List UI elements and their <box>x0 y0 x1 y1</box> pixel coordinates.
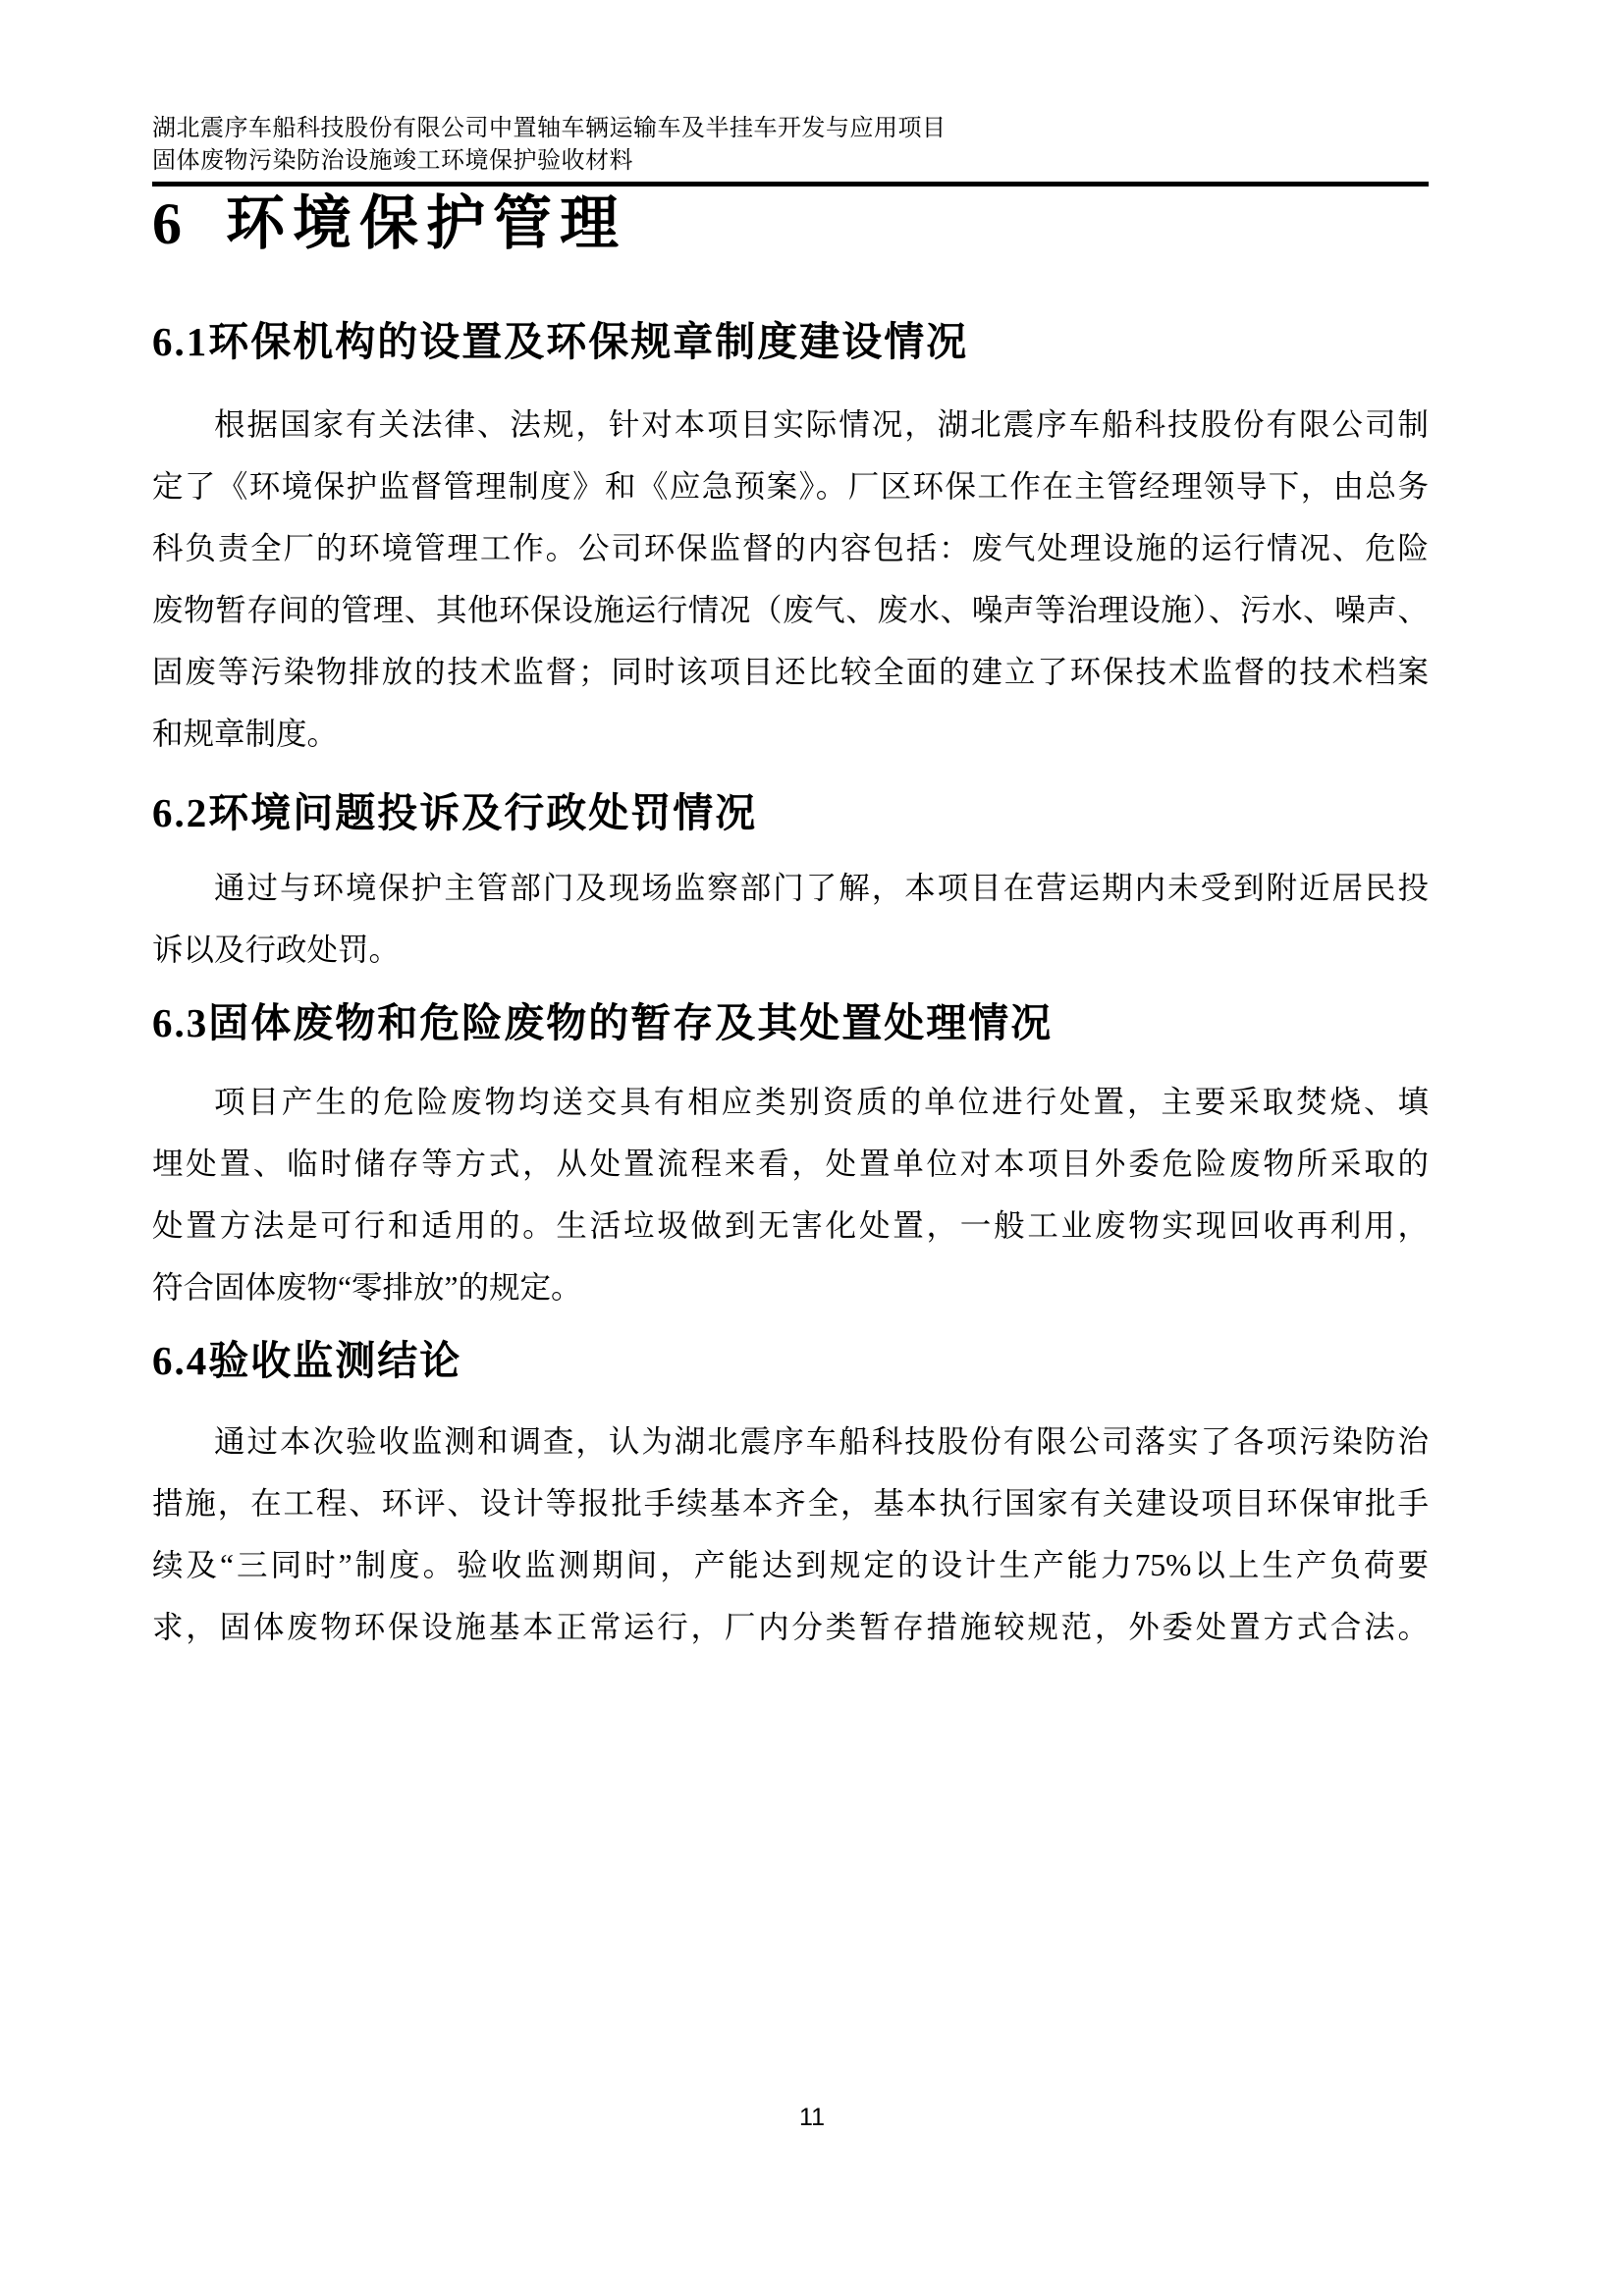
section-heading: 6.4验收监测结论 <box>152 1336 1429 1385</box>
header-line-1: 湖北震序车船科技股份有限公司中置轴车辆运输车及半挂车开发与应用项目 <box>152 113 1429 145</box>
running-header: 湖北震序车船科技股份有限公司中置轴车辆运输车及半挂车开发与应用项目 固体废物污染… <box>152 113 1429 178</box>
text-line: 根据国家有关法律、法规，针对本项目实际情况，湖北震序车船科技股份有限公司制 <box>152 394 1429 455</box>
text-line: 诉以及行政处罚。 <box>152 919 1429 981</box>
paragraph: 通过本次验收监测和调查，认为湖北震序车船科技股份有限公司落实了各项污染防治措施，… <box>152 1411 1429 1658</box>
document-body: 6.1环保机构的设置及环保规章制度建设情况根据国家有关法律、法规，针对本项目实际… <box>152 317 1429 1658</box>
section-6.4: 6.4验收监测结论通过本次验收监测和调查，认为湖北震序车船科技股份有限公司落实了… <box>152 1336 1429 1658</box>
section-heading: 6.3固体废物和危险废物的暂存及其处置处理情况 <box>152 998 1429 1047</box>
text-line: 通过本次验收监测和调查，认为湖北震序车船科技股份有限公司落实了各项污染防治 <box>152 1411 1429 1472</box>
section-heading: 6.2环境问题投诉及行政处罚情况 <box>152 788 1429 837</box>
header-rule <box>152 182 1429 187</box>
text-line: 求，固体废物环保设施基本正常运行，厂内分类暂存措施较规范，外委处置方式合法。 <box>152 1596 1429 1658</box>
section-heading: 6.1环保机构的设置及环保规章制度建设情况 <box>152 317 1429 366</box>
text-line: 通过与环境保护主管部门及现场监察部门了解，本项目在营运期内未受到附近居民投 <box>152 857 1429 919</box>
text-line: 和规章制度。 <box>152 703 1429 765</box>
page-content: 湖北震序车船科技股份有限公司中置轴车辆运输车及半挂车开发与应用项目 固体废物污染… <box>152 113 1429 1658</box>
section-6.2: 6.2环境问题投诉及行政处罚情况通过与环境保护主管部门及现场监察部门了解，本项目… <box>152 788 1429 981</box>
header-line-2: 固体废物污染防治设施竣工环境保护验收材料 <box>152 145 1429 178</box>
section-6.3: 6.3固体废物和危险废物的暂存及其处置处理情况项目产生的危险废物均送交具有相应类… <box>152 998 1429 1318</box>
text-line: 措施，在工程、环评、设计等报批手续基本齐全，基本执行国家有关建设项目环保审批手 <box>152 1472 1429 1534</box>
text-line: 定了《环境保护监督管理制度》和《应急预案》。厂区环保工作在主管经理领导下，由总务 <box>152 455 1429 517</box>
chapter-title: 6 环境保护管理 <box>152 188 1429 259</box>
text-line: 符合固体废物“零排放”的规定。 <box>152 1256 1429 1318</box>
text-line: 项目产生的危险废物均送交具有相应类别资质的单位进行处置，主要采取焚烧、填 <box>152 1071 1429 1133</box>
text-line: 废物暂存间的管理、其他环保设施运行情况（废气、废水、噪声等治理设施）、污水、噪声… <box>152 579 1429 641</box>
section-6.1: 6.1环保机构的设置及环保规章制度建设情况根据国家有关法律、法规，针对本项目实际… <box>152 317 1429 765</box>
text-line: 固废等污染物排放的技术监督；同时该项目还比较全面的建立了环保技术监督的技术档案 <box>152 641 1429 703</box>
text-line: 处置方法是可行和适用的。生活垃圾做到无害化处置，一般工业废物实现回收再利用， <box>152 1195 1429 1256</box>
text-line: 续及“三同时”制度。验收监测期间，产能达到规定的设计生产能力75%以上生产负荷要 <box>152 1534 1429 1596</box>
paragraph: 根据国家有关法律、法规，针对本项目实际情况，湖北震序车船科技股份有限公司制定了《… <box>152 394 1429 765</box>
page-number: 11 <box>0 2103 1624 2132</box>
paragraph: 项目产生的危险废物均送交具有相应类别资质的单位进行处置，主要采取焚烧、填埋处置、… <box>152 1071 1429 1318</box>
text-line: 埋处置、临时储存等方式，从处置流程来看，处置单位对本项目外委危险废物所采取的 <box>152 1133 1429 1195</box>
paragraph: 通过与环境保护主管部门及现场监察部门了解，本项目在营运期内未受到附近居民投诉以及… <box>152 857 1429 981</box>
text-line: 科负责全厂的环境管理工作。公司环保监督的内容包括：废气处理设施的运行情况、危险 <box>152 517 1429 579</box>
